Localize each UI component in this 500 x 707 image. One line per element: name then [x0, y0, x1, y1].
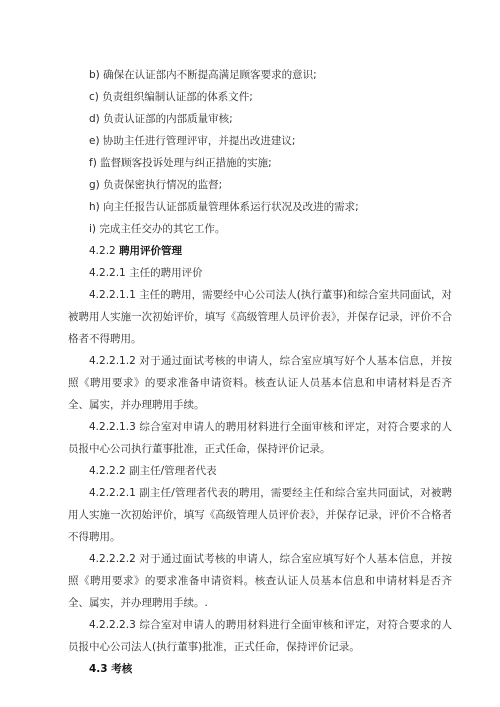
list-item-h: h) 向主任报告认证部质量管理体系运行状况及改进的需求; [68, 196, 452, 218]
section-number: 4.2.2 [89, 245, 119, 257]
paragraph-4-2-2-1-3: 4.2.2.1.3 综合室对申请人的聘用材料进行全面审核和评定，对符合要求的人员… [68, 416, 452, 460]
subsection-heading-4-2-2-1: 4.2.2.1 主任的聘用评价 [68, 262, 452, 284]
list-item-c: c) 负责组织编制认证部的体系文件; [68, 86, 452, 108]
document-page: b) 确保在认证部内不断提高满足顾客要求的意识; c) 负责组织编制认证部的体系… [68, 64, 452, 680]
list-item-i: i) 完成主任交办的其它工作。 [68, 218, 452, 240]
list-item-d: d) 负责认证部的内部质量审核; [68, 108, 452, 130]
paragraph-4-2-2-2-3: 4.2.2.2.3 综合室对申请人的聘用材料进行全面审核和评定，对符合要求的人员… [68, 614, 452, 658]
list-item-e: e) 协助主任进行管理评审，并提出改进建议; [68, 130, 452, 152]
section-title: 聘用评价管理 [119, 245, 182, 257]
section-heading-4-2-2: 4.2.2 聘用评价管理 [68, 240, 452, 262]
paragraph-4-2-2-1-2: 4.2.2.1.2 对于通过面试考核的申请人，综合室应填写好个人基本信息，并按照… [68, 350, 452, 416]
list-item-f: f) 监督顾客投诉处理与纠正措施的实施; [68, 152, 452, 174]
list-item-b: b) 确保在认证部内不断提高满足顾客要求的意识; [68, 64, 452, 86]
paragraph-4-2-2-1-1: 4.2.2.1.1 主任的聘用，需要经中心公司法人(执行董事)和综合室共同面试，… [68, 284, 452, 350]
list-item-g: g) 负责保密执行情况的监督; [68, 174, 452, 196]
subsection-heading-4-2-2-2: 4.2.2.2 副主任/管理者代表 [68, 460, 452, 482]
paragraph-4-2-2-2-2: 4.2.2.2.2 对于通过面试考核的申请人，综合室应填写好个人基本信息，并按照… [68, 548, 452, 614]
paragraph-4-2-2-2-1: 4.2.2.2.1 副主任/管理者代表的聘用，需要经主任和综合室共同面试，对被聘… [68, 482, 452, 548]
section-heading-4-3: 4.3 考核 [68, 658, 452, 680]
